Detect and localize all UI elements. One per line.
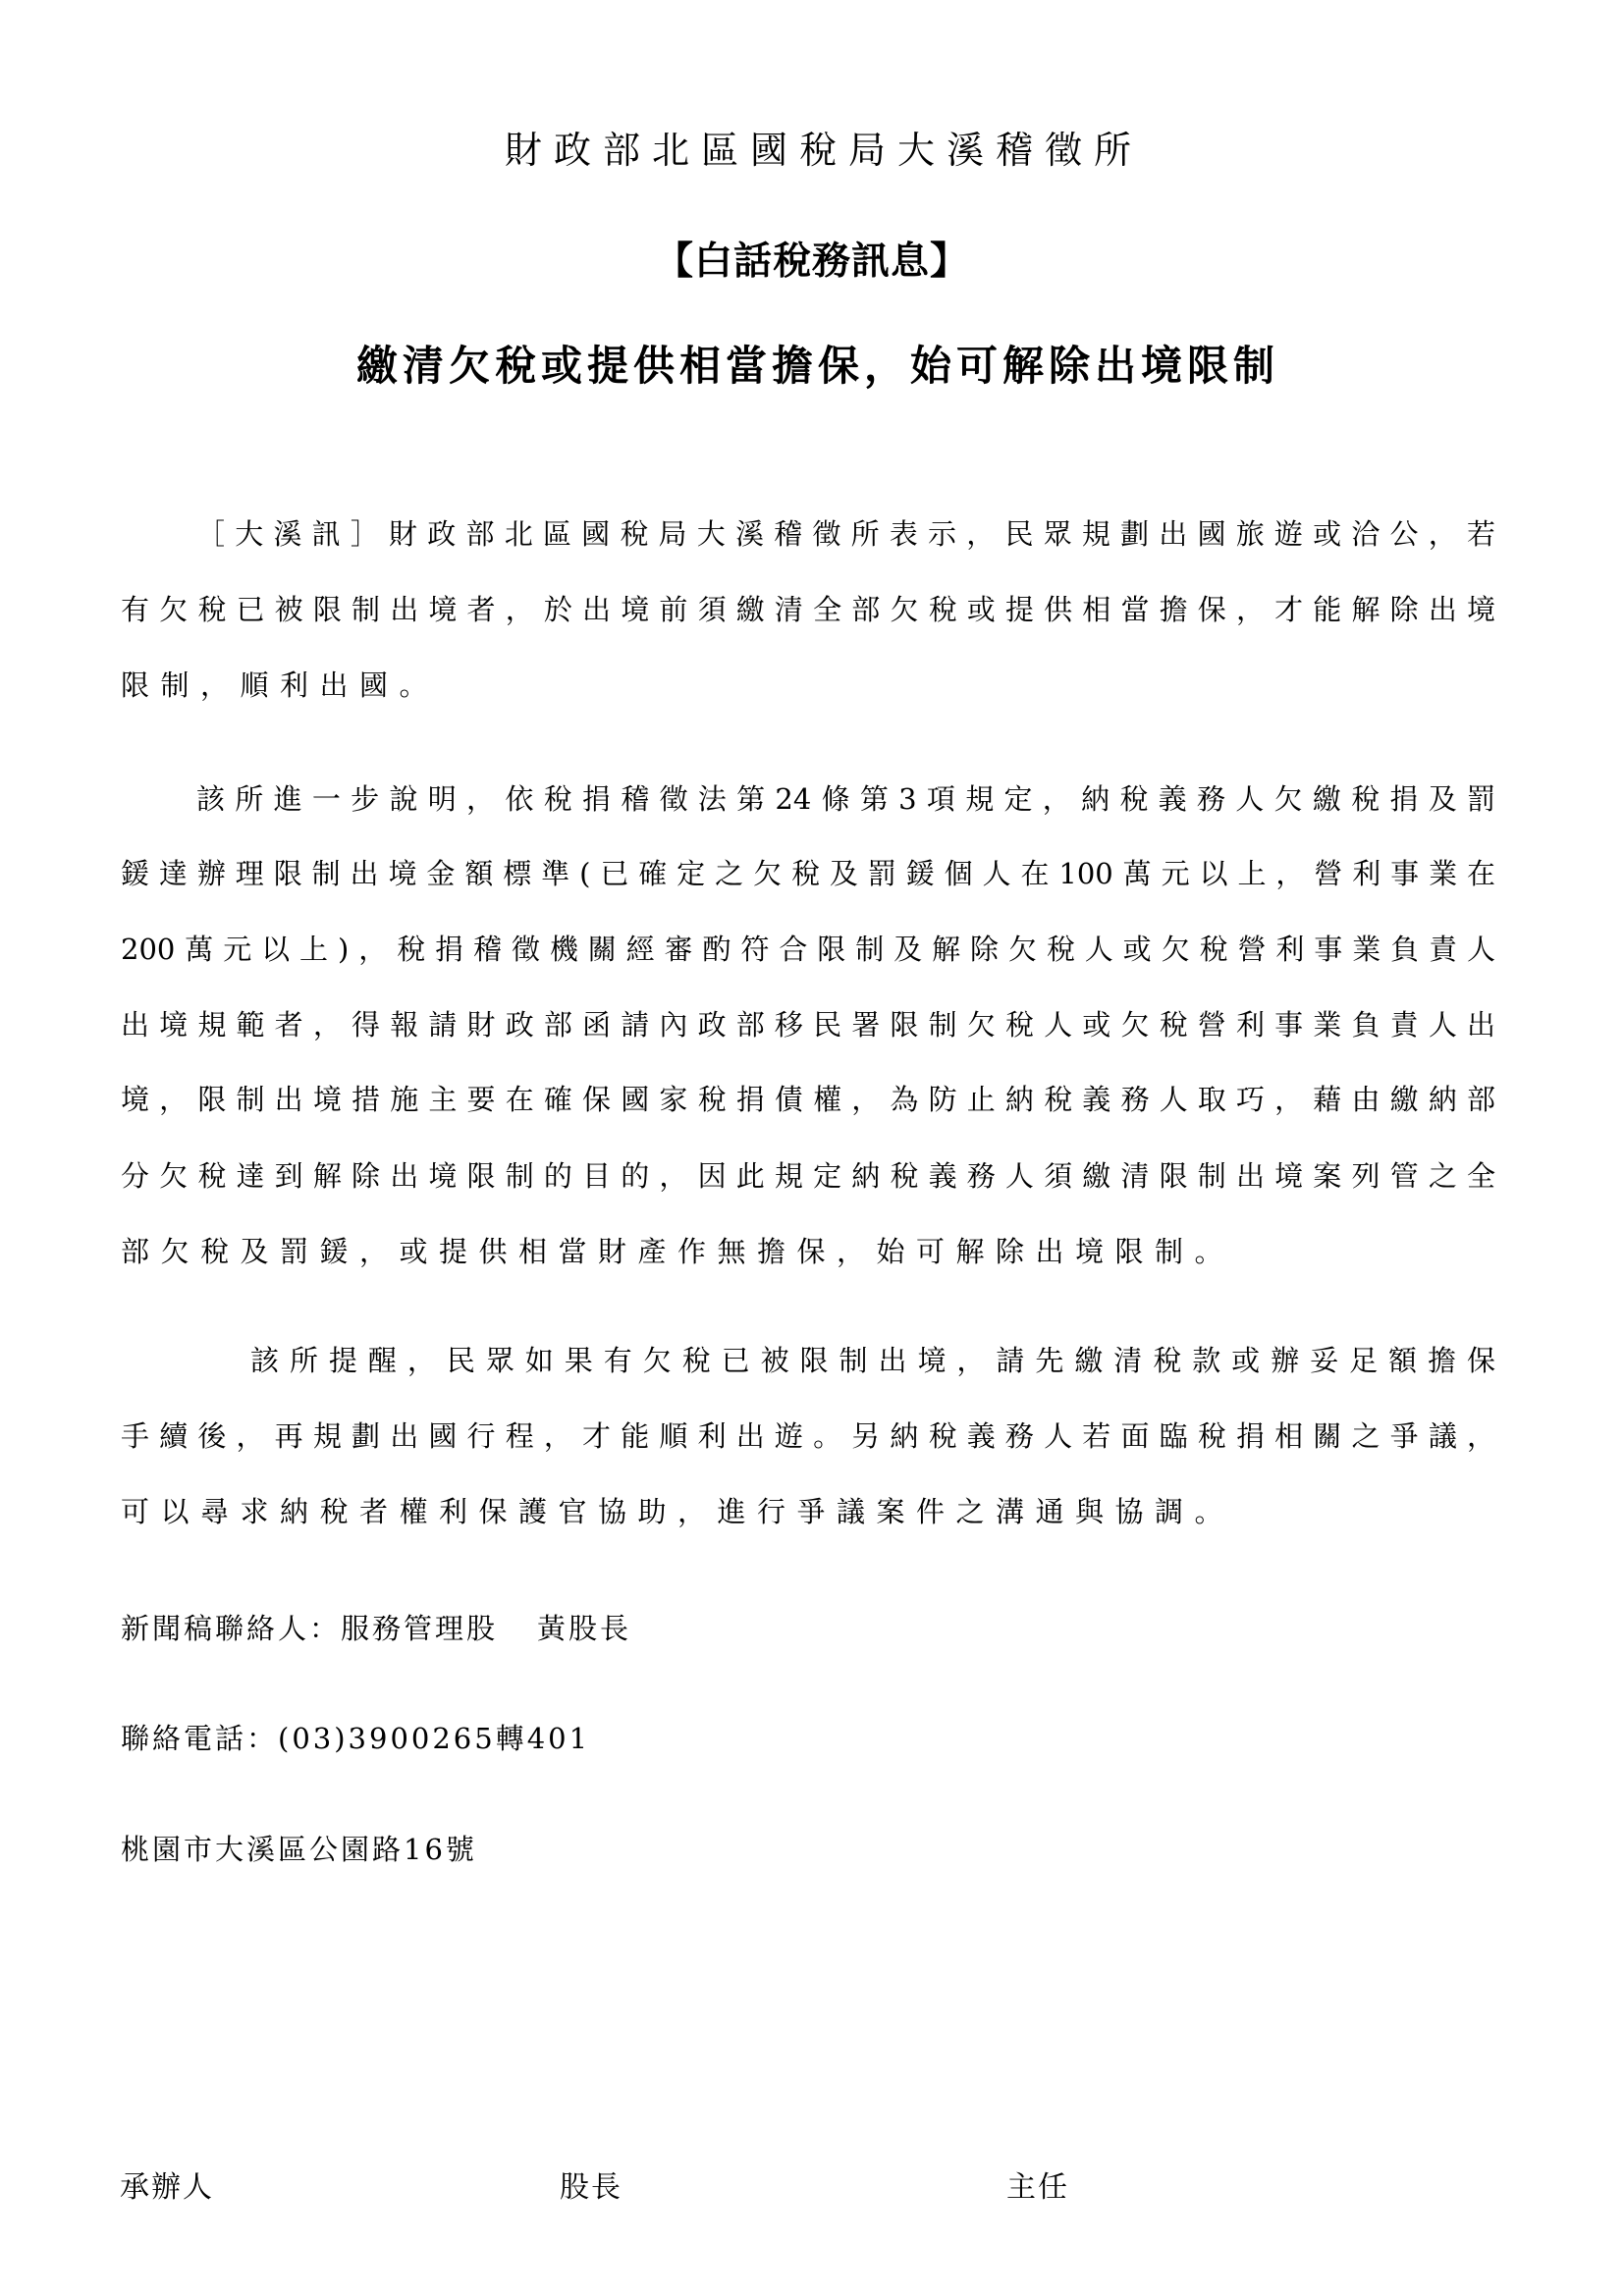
paragraph-line: 出境規範者，得報請財政部函請內政部移民署限制欠稅人或欠稅營利事業負責人出 xyxy=(121,1011,1495,1040)
document-page: 財政部北區國稅局大溪稽徵所 【白話稅務訊息】 繳清欠稅或提供相當擔保，始可解除出… xyxy=(0,0,1624,2296)
press-contact-label: 新聞稿聯絡人： xyxy=(121,1612,341,1645)
paragraph-line: 部欠稅及罰鍰，或提供相當財產作無擔保，始可解除出境限制。 xyxy=(121,1238,1495,1266)
paragraph-line: 可以尋求納稅者權利保護官協助，進行爭議案件之溝通與協調。 xyxy=(121,1498,1495,1526)
contact-department: 服務管理股 xyxy=(341,1612,498,1645)
press-headline: 繳清欠稅或提供相當擔保，始可解除出境限制 xyxy=(0,346,1624,387)
paragraph-line: 該所進一步說明，依稅捐稽徵法第24條第3項規定，納稅義務人欠繳稅捐及罰 xyxy=(196,785,1495,814)
contact-person: 黃股長 xyxy=(537,1612,631,1645)
paragraph-line: 限制，順利出國。 xyxy=(121,671,1495,700)
contact-phone-line: 聯絡電話：(03)3900265轉401 xyxy=(121,1725,590,1753)
paragraph-line: 鍰達辦理限制出境金額標準(已確定之欠稅及罰鍰個人在100萬元以上，營利事業在 xyxy=(121,860,1495,888)
phone-number: (03)3900265轉401 xyxy=(278,1722,590,1755)
contact-address: 桃園市大溪區公園路16號 xyxy=(121,1836,477,1864)
signature-handler: 承辦人 xyxy=(120,2173,214,2203)
phone-label: 聯絡電話： xyxy=(121,1722,278,1755)
paragraph-line: ［大溪訊］財政部北區國稅局大溪稽徵所表示，民眾規劃出國旅遊或洽公，若 xyxy=(196,520,1495,549)
signature-section-chief: 股長 xyxy=(560,2173,623,2203)
paragraph-line: 該所提醒，民眾如果有欠稅已被限制出境，請先繳清稅款或辦妥足額擔保 xyxy=(250,1347,1495,1375)
paragraph-line: 200萬元以上)，稅捐稽徵機關經審酌符合限制及解除欠稅人或欠稅營利事業負責人 xyxy=(121,935,1495,964)
paragraph-line: 有欠稅已被限制出境者，於出境前須繳清全部欠稅或提供相當擔保，才能解除出境 xyxy=(121,596,1495,624)
paragraph-line: 手續後，再規劃出國行程，才能順利出遊。另納稅義務人若面臨稅捐相關之爭議， xyxy=(121,1422,1495,1451)
category-heading: 【白話稅務訊息】 xyxy=(0,242,1624,281)
paragraph-line: 分欠稅達到解除出境限制的目的，因此規定納稅義務人須繳清限制出境案列管之全 xyxy=(121,1162,1495,1191)
paragraph-line: 境，限制出境措施主要在確保國家稅捐債權，為防止納稅義務人取巧，藉由繳納部 xyxy=(121,1086,1495,1114)
signature-director: 主任 xyxy=(1006,2173,1069,2203)
press-contact: 新聞稿聯絡人：服務管理股黃股長 xyxy=(121,1615,631,1643)
office-title: 財政部北區國稅局大溪稽徵所 xyxy=(0,132,1624,169)
